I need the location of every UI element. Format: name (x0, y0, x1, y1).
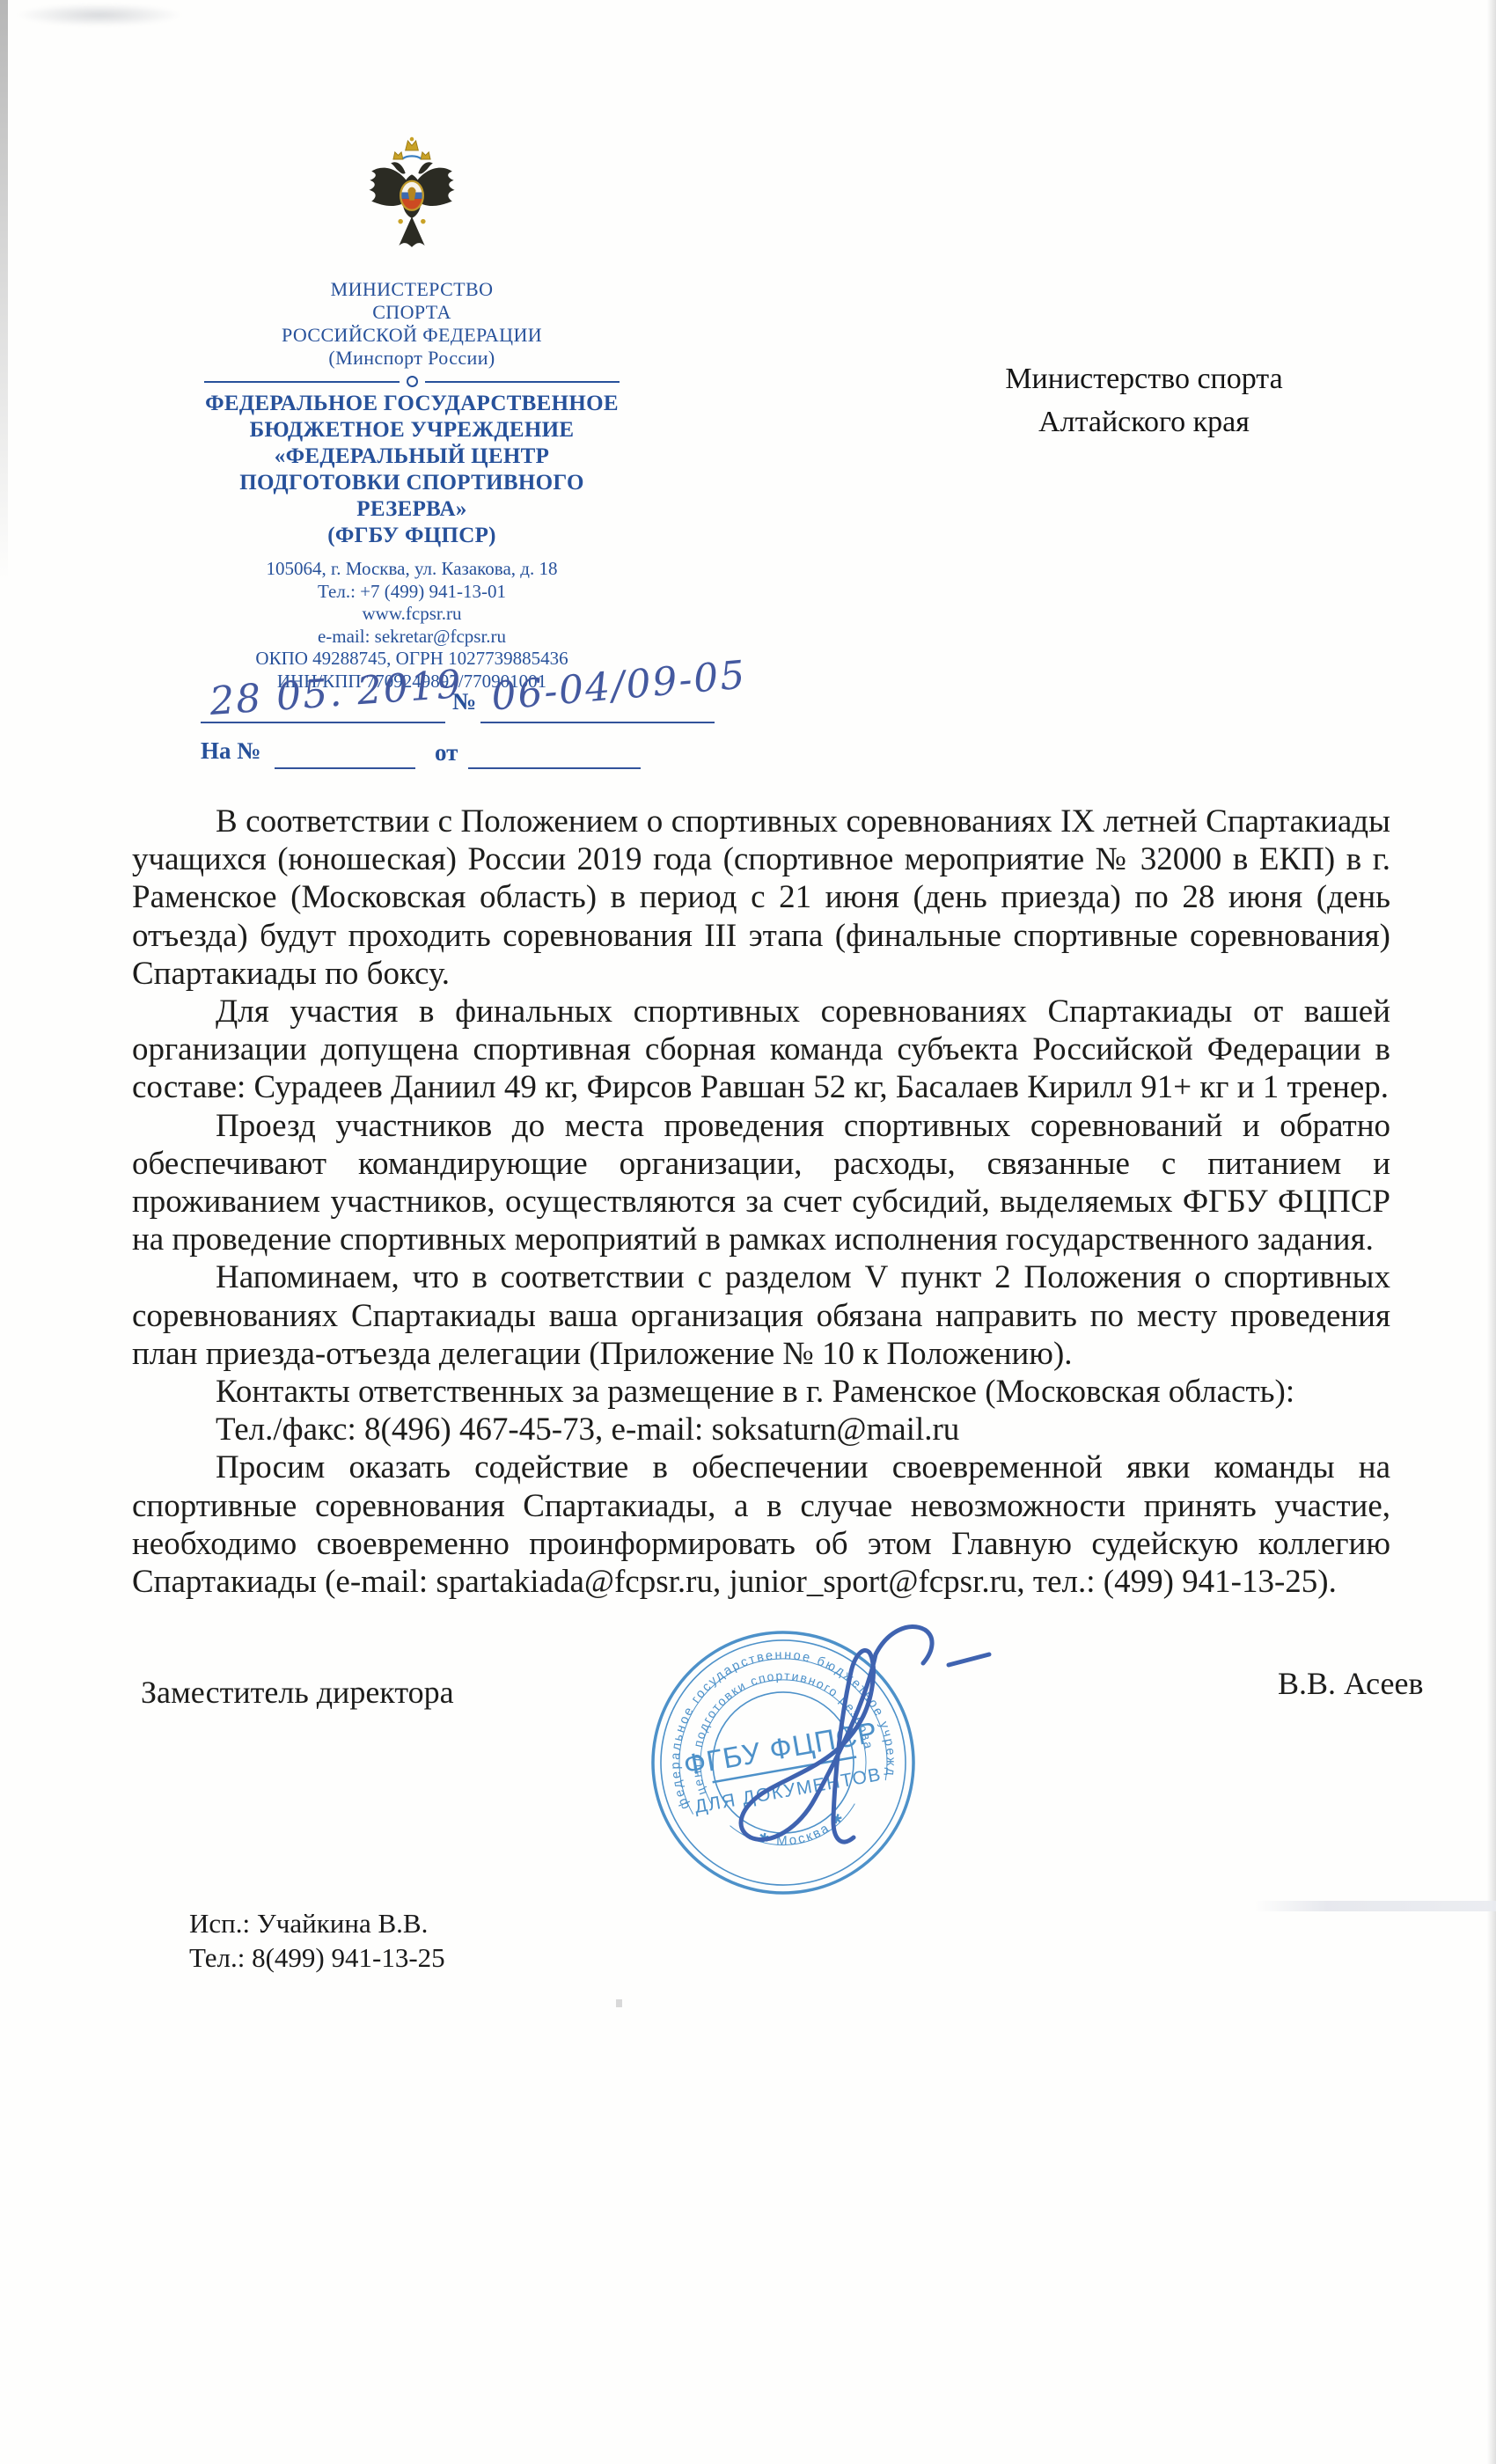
letter-body: В соответствии с Положением о спортивных… (132, 803, 1390, 1601)
organization-line: (ФГБУ ФЦПСР) (199, 523, 625, 549)
organization-line: ПОДГОТОВКИ СПОРТИВНОГО РЕЗЕРВА» (199, 470, 625, 523)
paragraph: Проезд участников до места проведения сп… (132, 1107, 1390, 1259)
reference-row: 28 05. 2019 № 06-04/09-05 (201, 669, 746, 732)
ministry-name: МИНИСТЕРСТВО СПОРТА РОССИЙСКОЙ ФЕДЕРАЦИИ… (199, 278, 625, 370)
paragraph: Напоминаем, что в соответствии с раздело… (132, 1258, 1390, 1373)
ministry-line: СПОРТА (199, 301, 625, 324)
signer-title: Заместитель директора (141, 1674, 454, 1711)
address-line: www.fcpsr.ru (199, 603, 625, 626)
letter-page: МИНИСТЕРСТВО СПОРТА РОССИЙСКОЙ ФЕДЕРАЦИИ… (0, 0, 1496, 2464)
ministry-line: (Минспорт России) (199, 347, 625, 370)
organization-line: ФЕДЕРАЛЬНОЕ ГОСУДАРСТВЕННОЕ (199, 391, 625, 417)
recipient-line1: Министерство спорта (950, 357, 1338, 400)
paragraph: В соответствии с Положением о спортивных… (132, 803, 1390, 993)
paragraph: Просим оказать содействие в обеспечении … (132, 1448, 1390, 1601)
letterhead-separator (204, 376, 620, 387)
date-underline (201, 722, 445, 723)
executor-name: Исп.: Учайкина В.В. (189, 1906, 445, 1940)
address-line: Тел.: +7 (499) 941-13-01 (199, 581, 625, 604)
signature-ink (651, 1609, 1030, 1899)
organization-line: БЮДЖЕТНОЕ УЧРЕЖДЕНИЕ (199, 417, 625, 444)
paragraph-contacts: Контакты ответственных за размещение в г… (132, 1373, 1390, 1411)
scan-edge-left (0, 0, 8, 581)
scan-streak-bottom (1254, 1901, 1496, 1911)
scan-edge-right (1487, 0, 1496, 2464)
na-number-label: На № (201, 737, 260, 765)
address-line: 105064, г. Москва, ул. Казакова, д. 18 (199, 558, 625, 581)
reply-reference-row: На № от (201, 737, 746, 776)
number-underline (480, 722, 715, 723)
separator-circle-icon (407, 376, 418, 387)
letterhead: МИНИСТЕРСТВО СПОРТА РОССИЙСКОЙ ФЕДЕРАЦИИ… (199, 132, 625, 693)
ot-label: от (435, 739, 458, 766)
ministry-line: МИНИСТЕРСТВО (199, 278, 625, 301)
paragraph: Для участия в финальных спортивных сорев… (132, 993, 1390, 1107)
handwritten-date: 28 05. 2019 (209, 662, 465, 724)
ministry-line: РОССИЙСКОЙ ФЕДЕРАЦИИ (199, 324, 625, 347)
recipient-block: Министерство спорта Алтайского края (950, 357, 1338, 444)
ot-underline (468, 767, 641, 769)
organization-name: ФЕДЕРАЛЬНОЕ ГОСУДАРСТВЕННОЕ БЮДЖЕТНОЕ УЧ… (199, 391, 625, 549)
scan-dot-artifact (616, 1999, 622, 2007)
paragraph-contacts-phone: Тел./факс: 8(496) 467-45-73, e-mail: sok… (132, 1411, 1390, 1448)
organization-line: «ФЕДЕРАЛЬНЫЙ ЦЕНТР (199, 444, 625, 470)
recipient-line2: Алтайского края (950, 400, 1338, 444)
coat-of-arms-icon (363, 132, 460, 264)
executor-phone: Тел.: 8(499) 941-13-25 (189, 1940, 445, 1975)
na-underline (275, 767, 415, 769)
number-sign-label: № (452, 688, 476, 715)
signer-name: В.В. Асеев (1278, 1665, 1424, 1702)
executor-block: Исп.: Учайкина В.В. Тел.: 8(499) 941-13-… (189, 1906, 445, 1975)
scan-streak-top (16, 4, 183, 26)
address-line: e-mail: sekretar@fcpsr.ru (199, 626, 625, 649)
